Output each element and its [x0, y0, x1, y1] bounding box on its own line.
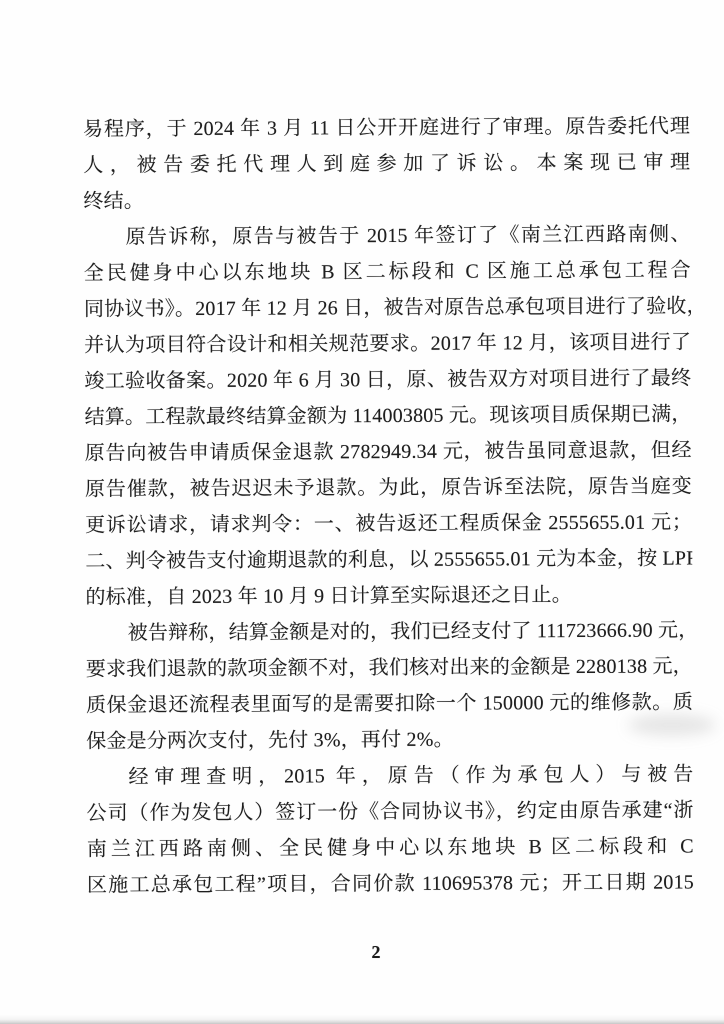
scan-edge-shadow: [0, 1014, 724, 1024]
line-text: 经审理查明，2015 年，原告: [128, 765, 439, 789]
line-text: 并认为项目符合设计和相关规范要求。2017 年 12 月，该项目进行了: [84, 331, 691, 356]
text-line: 区施工总承包工程”项目，合同价款 110695378 元；开工日期 2015: [87, 864, 694, 903]
text-line: 原告诉称，原告与被告于 2015 年签订了《南兰江西路南侧、: [83, 216, 690, 255]
text-line: 原告催款，被告迟迟未予退款。为此，原告诉至法院，原告当庭变: [85, 468, 692, 507]
text-line: 结算。工程款最终结算金额为 114003805 元。现该项目质保期已满，: [84, 396, 691, 435]
line-text: 更诉讼请求，请求判令：一、被告返还工程质保金 2555655.01 元；: [85, 511, 692, 536]
page-number: 2: [364, 942, 388, 963]
text-line: 质保金退还流程表里面写的是需要扣除一个 150000 元的维修款。质: [86, 684, 693, 723]
line-text: 二、判令被告支付逾期退款的利息，以 2555655.01 元为本金，按 LPR: [85, 547, 692, 572]
line-text: 被告辩称，结算金额是对的，我们已经支付了 111723666.90 元，: [128, 619, 693, 644]
text-line: 更诉讼请求，请求判令：一、被告返还工程质保金 2555655.01 元；: [85, 504, 692, 543]
line-text: 竣工验收备案。2020 年 6 月 30 日，原、被告双方对项目进行了最终: [84, 367, 691, 392]
line-text: 易程序，于 2024 年 3 月 11 日公开开庭进行了审理。原告委托代理: [83, 115, 690, 140]
line-text: 全民健身中心以东地块 B 区二标段和 C: [279, 835, 694, 859]
line-text: 到庭参加了诉讼。本案现已审理: [323, 151, 690, 175]
text-line: 终结。: [83, 180, 690, 219]
text-line: 原告向被告申请质保金退款 2782949.34 元，被告虽同意退款，但经: [85, 432, 692, 471]
scan-artifact-smudge: [628, 714, 716, 736]
line-text: 终结。: [83, 190, 144, 212]
line-text: 南兰江西路南侧、: [87, 838, 279, 861]
text-line: 易程序，于 2024 年 3 月 11 日公开开庭进行了审理。原告委托代理: [83, 108, 690, 147]
line-text: 原告催款，被告迟迟未予退款。为此，原告诉至法院，原告当庭变: [85, 475, 692, 500]
text-line: 同协议书》。2017 年 12 月 26 日，被告对原告总承包项目进行了验收，: [84, 288, 691, 327]
text-line: 公司（作为发包人）签订一份《合同协议书》，约定由原告承建“浙: [87, 792, 694, 831]
text-line: 全民健身中心以东地块 B 区二标段和 C 区施工总承包工程合: [84, 252, 691, 291]
text-line: 竣工验收备案。2020 年 6 月 30 日，原、被告双方对项目进行了最终: [84, 360, 691, 399]
text-line: 并认为项目符合设计和相关规范要求。2017 年 12 月，该项目进行了: [84, 324, 691, 363]
text-line: 人，被告委托代理人到庭参加了诉讼。本案现已审理: [83, 144, 690, 183]
text-line: 要求我们退款的款项金额不对，我们核对出来的金额是 2280138 元，: [86, 648, 693, 687]
line-text: 的标准，自 2023 年 10 月 9 日计算至实际退还之日止。: [85, 584, 572, 609]
line-text: 质保金退还流程表里面写的是需要扣除一个 150000 元的维修款。质: [86, 691, 693, 716]
text-line: 经审理查明，2015 年，原告（作为承包人）与被告: [86, 756, 693, 795]
line-text: 区施工总承包工程”项目，合同价款 110695378 元；开工日期 2015: [87, 871, 694, 896]
line-text: 原告向被告申请质保金退款 2782949.34 元，被告虽同意退款，但经: [85, 439, 692, 464]
line-text: 公司（作为发包人）签订一份《合同协议书》，约定由原告承建“浙: [87, 799, 694, 824]
line-text: 原告诉称，原告与被告于 2015 年签订了《南兰江西路南侧、: [126, 223, 691, 248]
line-text: 全民健身中心以东地块 B 区二标段和 C 区施工总承包工程合: [84, 259, 691, 284]
text-line: 二、判令被告支付逾期退款的利息，以 2555655.01 元为本金，按 LPR: [85, 540, 692, 579]
line-text: 结算。工程款最终结算金额为 114003805 元。现该项目质保期已满，: [84, 403, 691, 428]
text-line: 的标准，自 2023 年 10 月 9 日计算至实际退还之日止。: [85, 576, 692, 615]
line-text: 同协议书》。2017 年 12 月 26 日，被告对原告总承包项目进行了验收，: [84, 295, 691, 320]
line-text: 要求我们退款的款项金额不对，我们核对出来的金额是 2280138 元，: [86, 655, 693, 680]
text-line: 被告辩称，结算金额是对的，我们已经支付了 111723666.90 元，: [86, 612, 693, 651]
line-text: （作为承包人）与被告: [440, 763, 694, 786]
line-text: 保金是分两次支付，先付 3%，再付 2%。: [86, 729, 454, 753]
line-text: 人: [83, 154, 110, 176]
text-block: 易程序，于 2024 年 3 月 11 日公开开庭进行了审理。原告委托代理 人，…: [83, 108, 694, 903]
line-text: ，被告委托代理人: [110, 153, 323, 176]
text-line: 保金是分两次支付，先付 3%，再付 2%。: [86, 720, 693, 759]
text-line: 南兰江西路南侧、全民健身中心以东地块 B 区二标段和 C: [87, 828, 694, 867]
document-page: 易程序，于 2024 年 3 月 11 日公开开庭进行了审理。原告委托代理 人，…: [0, 0, 724, 1024]
